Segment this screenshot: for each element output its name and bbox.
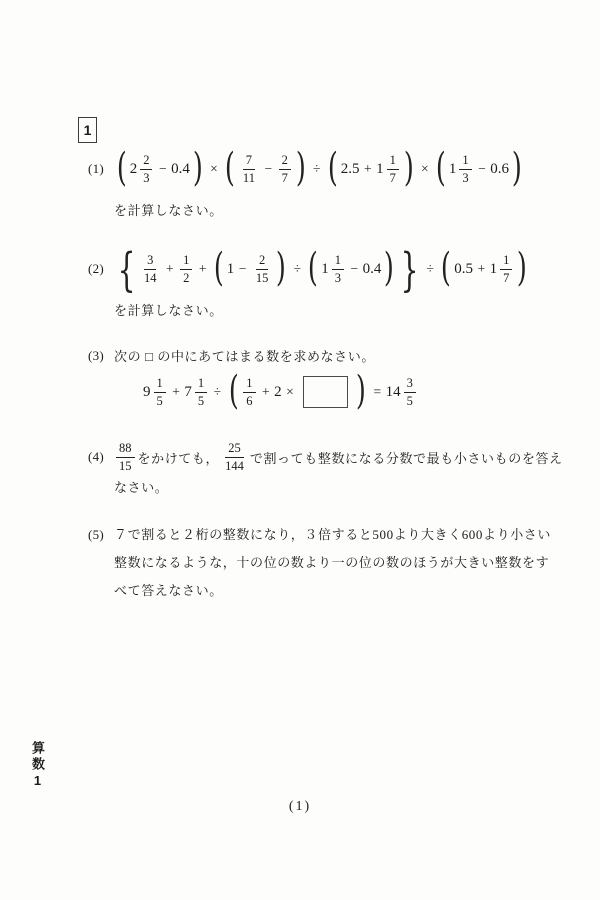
operator: +	[477, 261, 485, 277]
problem-1-expression: (223−0.4)×(711−27)÷(2.5+117)×(113−0.6)	[114, 153, 525, 185]
parenthesis: )	[512, 150, 522, 189]
parenthesis: )	[276, 250, 286, 289]
operator: −	[478, 161, 486, 177]
parenthesis: )	[404, 150, 414, 189]
fraction: 711	[240, 153, 258, 185]
mixed-number: 117	[490, 253, 515, 285]
mixed-number: 223	[130, 153, 155, 185]
number: 2	[274, 384, 282, 401]
fraction: 17	[500, 253, 512, 285]
operator: =	[373, 384, 381, 400]
operator: −	[264, 161, 272, 177]
fraction: 13	[459, 153, 471, 185]
mixed-number: 113	[449, 153, 474, 185]
operator: +	[199, 261, 207, 277]
problem-2-label: (2)	[88, 261, 114, 277]
fraction: 35	[404, 376, 416, 408]
inline-text: をかけても，	[138, 448, 220, 467]
problem-5-line-2: 整数になるような，十の位の数より一の位の数のほうが大きい整数をす	[114, 549, 551, 577]
brace: {	[118, 246, 136, 292]
operator: +	[262, 384, 270, 400]
operator: +	[166, 261, 174, 277]
question-number: 1	[84, 122, 92, 138]
operator: −	[350, 261, 358, 277]
fraction: 215	[253, 253, 272, 285]
operator: ×	[421, 161, 429, 177]
operator: ÷	[313, 161, 320, 177]
fraction: 25144	[222, 441, 247, 473]
problem-3-label: (3)	[88, 348, 114, 364]
number: 0.5	[454, 261, 473, 278]
problem-2-expression: {314+12+(1−215)÷(113−0.4)}÷(0.5+117)	[114, 253, 530, 286]
number: 0.4	[171, 161, 190, 178]
problem-5: (5) ７で割ると２桁の整数になり，３倍すると500より大きく600より小さい …	[88, 521, 551, 605]
answer-box	[303, 376, 348, 408]
parenthesis: (	[441, 250, 451, 289]
mixed-number: 117	[376, 153, 401, 185]
fraction: 15	[154, 376, 166, 408]
fraction: 17	[387, 153, 399, 185]
operator: ÷	[214, 384, 221, 400]
problem-1-instruction: を計算しなさい。	[114, 200, 223, 219]
page-number: (1)	[0, 799, 600, 815]
fraction: 12	[180, 253, 192, 285]
problem-4: (4) 8815 をかけても， 25144 で割っても整数になる分数で最も小さい…	[88, 438, 564, 476]
fraction: 13	[332, 253, 344, 285]
parenthesis: )	[384, 250, 394, 289]
fraction: 16	[243, 376, 255, 408]
problem-1: (1) (223−0.4)×(711−27)÷(2.5+117)×(113−0.…	[88, 144, 525, 194]
parenthesis: (	[117, 150, 127, 189]
operator: −	[159, 161, 167, 177]
subject-label: 算数1	[28, 741, 47, 791]
parenthesis: )	[296, 150, 306, 189]
fraction: 314	[141, 253, 160, 285]
parenthesis: )	[193, 150, 203, 189]
operator: +	[364, 161, 372, 177]
problem-5-line-1: ７で割ると２桁の整数になり，３倍すると500より大きく600より小さい	[114, 521, 551, 549]
number: 0.4	[363, 261, 382, 278]
number: 1	[227, 261, 235, 278]
mixed-number: 915	[143, 376, 168, 408]
problem-2: (2) {314+12+(1−215)÷(113−0.4)}÷(0.5+117)	[88, 243, 530, 295]
problem-2-instruction: を計算しなさい。	[114, 300, 223, 319]
operator: ×	[210, 161, 218, 177]
parenthesis: (	[225, 150, 235, 189]
problem-5-line-3: べて答えなさい。	[114, 577, 551, 605]
inline-text: で割っても整数になる分数で最も小さいものを答え	[250, 448, 563, 467]
parenthesis: )	[517, 250, 527, 289]
problem-1-label: (1)	[88, 161, 114, 177]
mixed-number: 715	[184, 376, 209, 408]
problem-4-expression: 8815 をかけても， 25144 で割っても整数になる分数で最も小さいものを答…	[114, 441, 564, 473]
parenthesis: (	[436, 150, 446, 189]
brace: }	[401, 246, 419, 292]
operator: ÷	[294, 261, 301, 277]
problem-4-label: (4)	[88, 449, 114, 465]
operator: +	[172, 384, 180, 400]
parenthesis: (	[214, 250, 224, 289]
parenthesis: (	[308, 250, 318, 289]
fraction: 8815	[116, 441, 135, 473]
exam-page: 1 (1) (223−0.4)×(711−27)÷(2.5+117)×(113−…	[0, 0, 600, 900]
fraction: 27	[279, 153, 291, 185]
parenthesis: )	[356, 373, 366, 412]
mixed-number: 113	[321, 253, 346, 285]
fraction: 23	[140, 153, 152, 185]
question-number-box: 1	[78, 117, 97, 143]
fraction: 15	[195, 376, 207, 408]
problem-5-text: ７で割ると２桁の整数になり，３倍すると500より大きく600より小さい 整数にな…	[114, 521, 551, 605]
number: 2.5	[341, 161, 360, 178]
problem-3-equation-row: 915+715÷(16+2×)=1435	[143, 369, 418, 415]
mixed-number: 1435	[386, 376, 418, 408]
operator: ×	[286, 384, 294, 400]
parenthesis: (	[328, 150, 338, 189]
problem-3: (3) 次の □ の中にあてはまる数を求めなさい。	[88, 346, 375, 365]
problem-5-label: (5)	[88, 521, 114, 549]
operator: ÷	[427, 261, 434, 277]
problem-3-prompt: 次の □ の中にあてはまる数を求めなさい。	[114, 346, 375, 365]
problem-3-expression: 915+715÷(16+2×)=1435	[143, 376, 418, 408]
operator: −	[239, 261, 247, 277]
problem-4-line2: なさい。	[114, 477, 168, 496]
parenthesis: (	[228, 373, 238, 412]
number: 0.6	[490, 161, 509, 178]
